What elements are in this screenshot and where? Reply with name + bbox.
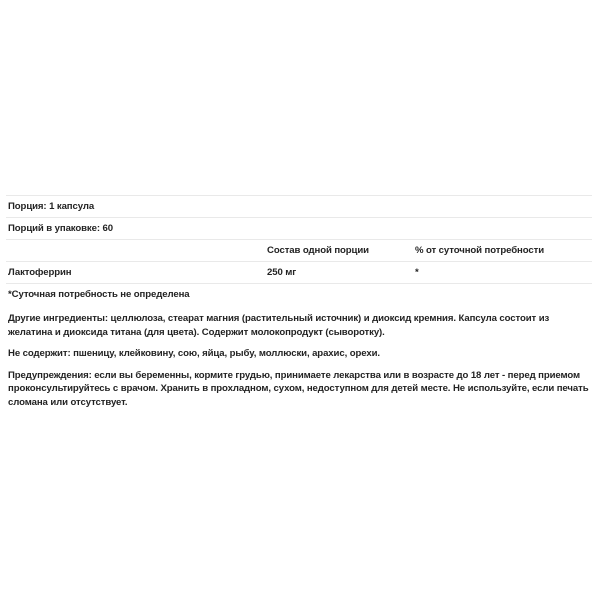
supplement-facts-table: Порция: 1 капсула Порций в упаковке: 60 … (6, 195, 592, 417)
column-header-amount: Состав одной порции (267, 245, 415, 256)
footnote-row: *Суточная потребность не определена (6, 283, 592, 305)
serving-size: Порция: 1 капсула (6, 201, 94, 212)
product-notes: Другие ингредиенты: целлюлоза, стеарат м… (6, 312, 592, 409)
table-row: Лактоферрин 250 мг * (6, 261, 592, 283)
does-not-contain: Не содержит: пшеницу, клейковину, сою, я… (8, 347, 592, 361)
ingredient-daily-value: * (415, 267, 592, 278)
table-header-row: Состав одной порции % от суточной потреб… (6, 239, 592, 261)
footnote: *Суточная потребность не определена (6, 289, 190, 300)
serving-size-row: Порция: 1 капсула (6, 195, 592, 217)
other-ingredients: Другие ингредиенты: целлюлоза, стеарат м… (8, 312, 592, 339)
column-header-daily-value: % от суточной потребности (415, 245, 592, 256)
servings-per-container: Порций в упаковке: 60 (6, 223, 113, 234)
ingredient-amount: 250 мг (267, 267, 415, 278)
servings-per-container-row: Порций в упаковке: 60 (6, 217, 592, 239)
ingredient-name: Лактоферрин (6, 267, 267, 278)
warnings: Предупреждения: если вы беременны, корми… (8, 369, 592, 410)
